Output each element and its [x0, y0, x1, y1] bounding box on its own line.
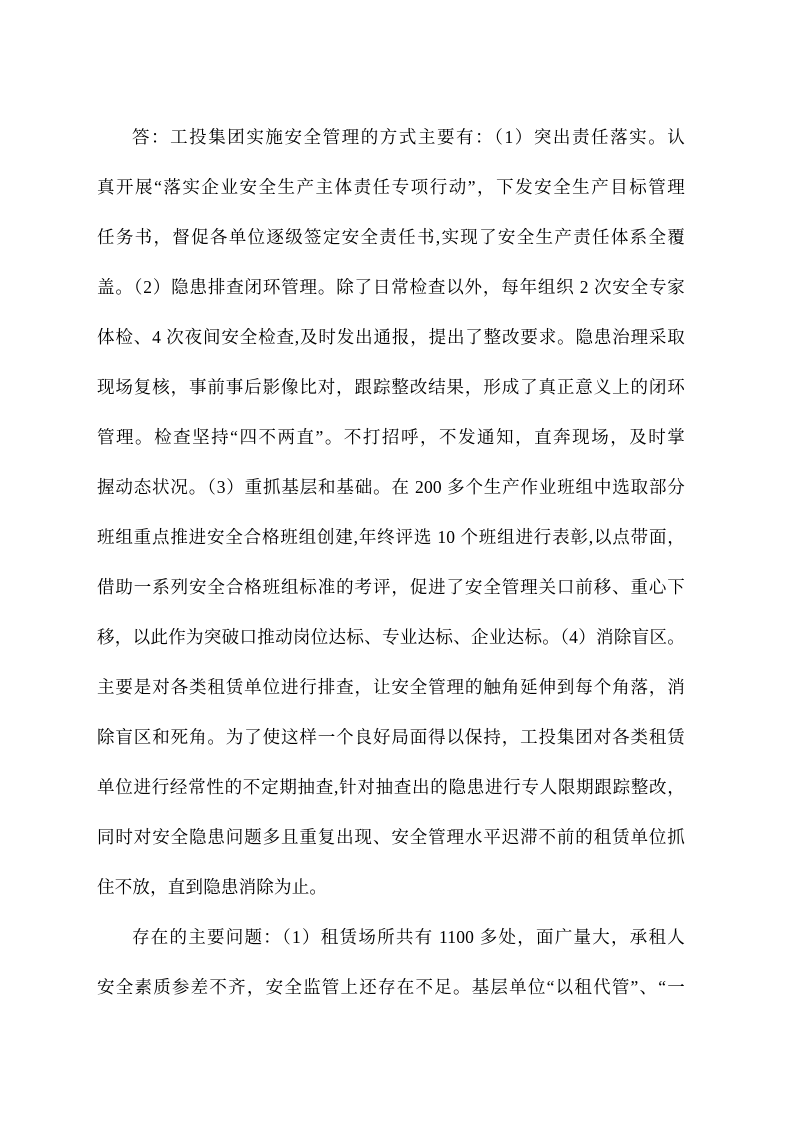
- document-line: 握动态状况。（3）重抓基层和基础。在 200 多个生产作业班组中选取部分: [97, 462, 685, 512]
- document-line: 现场复核，事前事后影像比对，跟踪整改结果，形成了真正意义上的闭环: [97, 362, 685, 412]
- document-line: 住不放，直到隐患消除为止。: [97, 862, 685, 912]
- document-line: 同时对安全隐患问题多且重复出现、安全管理水平迟滞不前的租赁单位抓: [97, 812, 685, 862]
- document-line: 答：工投集团实施安全管理的方式主要有：（1）突出责任落实。认: [97, 112, 685, 162]
- document-line: 真开展“落实企业安全生产主体责任专项行动”，下发安全生产目标管理: [97, 162, 685, 212]
- document-line: 安全素质参差不齐，安全监管上还存在不足。基层单位“以租代管”、“一: [97, 962, 685, 1012]
- document-line: 借助一系列安全合格班组标准的考评，促进了安全管理关口前移、重心下: [97, 562, 685, 612]
- paragraph: 答：工投集团实施安全管理的方式主要有：（1）突出责任落实。认真开展“落实企业安全…: [97, 112, 685, 912]
- document-line: 班组重点推进安全合格班组创建,年终评选 10 个班组进行表彰,以点带面，: [97, 512, 685, 562]
- document-line: 体检、4 次夜间安全检查,及时发出通报，提出了整改要求。隐患治理采取: [97, 312, 685, 362]
- document-line: 主要是对各类租赁单位进行排查，让安全管理的触角延伸到每个角落，消: [97, 662, 685, 712]
- document-line: 盖。（2）隐患排查闭环管理。除了日常检查以外，每年组织 2 次安全专家: [97, 262, 685, 312]
- document-line: 移，以此作为突破口推动岗位达标、专业达标、企业达标。（4）消除盲区。: [97, 612, 685, 662]
- document-line: 任务书，督促各单位逐级签定安全责任书,实现了安全生产责任体系全覆: [97, 212, 685, 262]
- document-page: 答：工投集团实施安全管理的方式主要有：（1）突出责任落实。认真开展“落实企业安全…: [0, 0, 793, 1122]
- paragraph: 存在的主要问题：（1）租赁场所共有 1100 多处，面广量大，承租人安全素质参差…: [97, 912, 685, 1012]
- document-line: 存在的主要问题：（1）租赁场所共有 1100 多处，面广量大，承租人: [97, 912, 685, 962]
- document-line: 除盲区和死角。为了使这样一个良好局面得以保持，工投集团对各类租赁: [97, 712, 685, 762]
- document-line: 管理。检查坚持“四不两直”。不打招呼，不发通知，直奔现场，及时掌: [97, 412, 685, 462]
- document-text-block: 答：工投集团实施安全管理的方式主要有：（1）突出责任落实。认真开展“落实企业安全…: [97, 112, 685, 1012]
- document-line: 单位进行经常性的不定期抽查,针对抽查出的隐患进行专人限期跟踪整改，: [97, 762, 685, 812]
